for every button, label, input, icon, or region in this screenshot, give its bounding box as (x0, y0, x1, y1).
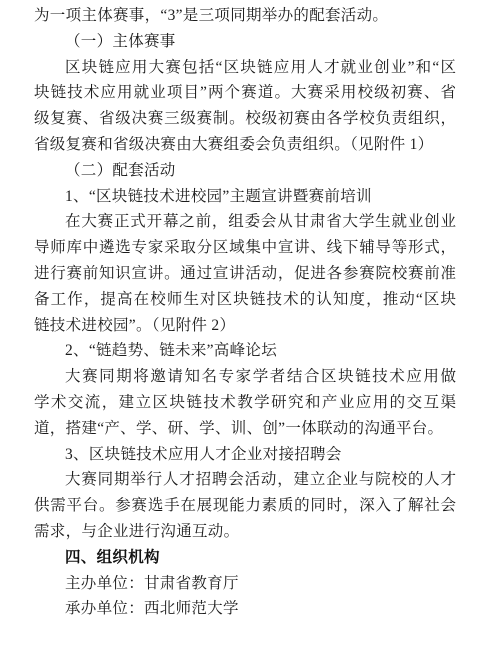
text-line: 大赛同期举行人才招聘会活动，建立企业与院校的人才 (34, 467, 456, 493)
text-line: 四、组织机构 (34, 545, 456, 571)
text-line: 承办单位：西北师范大学 (34, 596, 456, 622)
text-line: 学术交流，建立区块链技术教学研究和产业应用的交互渠 (34, 390, 456, 416)
text-line: 1、“区块链技术进校园”主题宣讲暨赛前培训 (34, 184, 456, 210)
text-line: 级复赛、省级决赛三级赛制。校级初赛由各学校负责组织， (34, 106, 456, 132)
document-page: 为一项主体赛事，“3”是三项同期举办的配套活动。（一）主体赛事区块链应用大赛包括… (0, 0, 490, 658)
text-line: 导师库中遴选专家采取分区域集中宣讲、线下辅导等形式， (34, 235, 456, 261)
text-line: 省级复赛和省级决赛由大赛组委会负责组织。（见附件 1） (34, 132, 456, 158)
text-line: 进行赛前知识宣讲。通过宣讲活动，促进各参赛院校赛前准 (34, 261, 456, 287)
text-line: 主办单位：甘肃省教育厅 (34, 571, 456, 597)
text-line: 区块链应用大赛包括“区块链应用人才就业创业”和“区 (34, 55, 456, 81)
text-line: 在大赛正式开幕之前，组委会从甘肃省大学生就业创业 (34, 209, 456, 235)
text-line: 大赛同期将邀请知名专家学者结合区块链技术应用做 (34, 364, 456, 390)
text-line: （二）配套活动 (34, 158, 456, 184)
text-line: 供需平台。参赛选手在展现能力素质的同时，深入了解社会 (34, 493, 456, 519)
text-line: 2、“链趋势、链未来”高峰论坛 (34, 338, 456, 364)
text-line: 为一项主体赛事，“3”是三项同期举办的配套活动。 (34, 3, 456, 29)
text-line: 3、区块链技术应用人才企业对接招聘会 (34, 442, 456, 468)
text-line: 链技术进校园”。（见附件 2） (34, 313, 456, 339)
text-line: 需求，与企业进行沟通互动。 (34, 519, 456, 545)
text-line: 块链技术应用就业项目”两个赛道。大赛采用校级初赛、省 (34, 80, 456, 106)
text-line: 道，搭建“产、学、研、学、训、创”一体联动的沟通平台。 (34, 416, 456, 442)
text-line: （一）主体赛事 (34, 29, 456, 55)
text-line: 备工作，提高在校师生对区块链技术的认知度，推动“区块 (34, 287, 456, 313)
document-body: 为一项主体赛事，“3”是三项同期举办的配套活动。（一）主体赛事区块链应用大赛包括… (34, 3, 456, 622)
